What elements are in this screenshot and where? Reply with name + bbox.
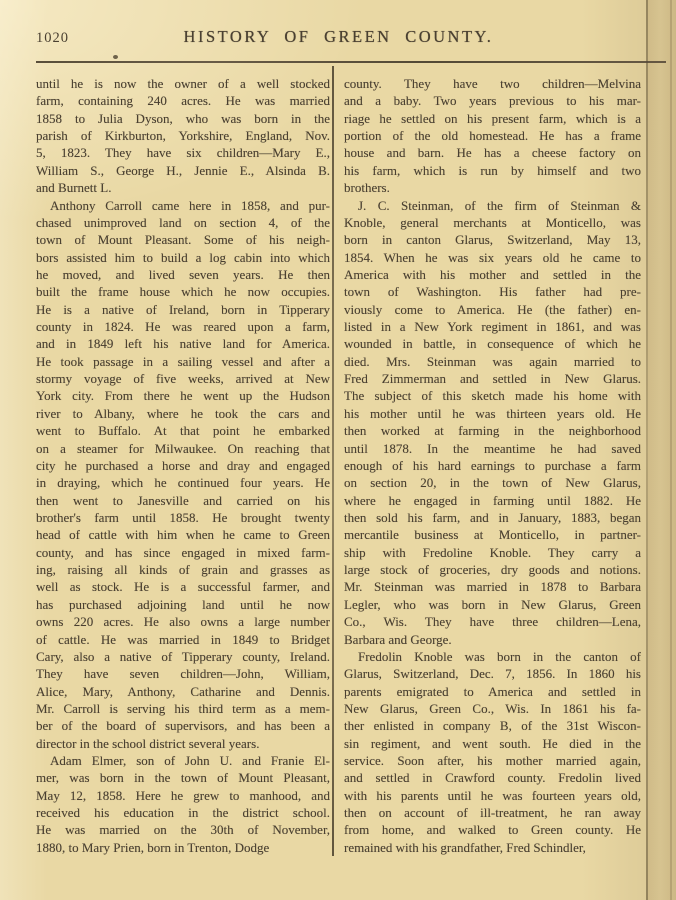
scanned-book-page: { "page": { "number": "1020", "title": "… (0, 0, 676, 900)
text-line: bors assisted him to build a log cabin i… (36, 249, 330, 266)
text-line: Anthony Carroll came here in 1858, and p… (36, 197, 330, 214)
text-line: and in 1849 left his native land for Ame… (36, 335, 330, 352)
text-line: until he is now the owner of a well stoc… (36, 75, 330, 92)
text-line: viously come to America. He (the father)… (344, 301, 641, 318)
text-line: his farm, which is run by himself and tw… (344, 162, 641, 179)
text-line: service. Soon after, his mother married … (344, 752, 641, 769)
text-line: on a steamer for Milwaukee. On reaching … (36, 440, 330, 457)
text-line: well as stock. He is a successful farmer… (36, 578, 330, 595)
text-line: Adam Elmer, son of John U. and Franie El… (36, 752, 330, 769)
text-line: brothers. (344, 179, 641, 196)
text-line: town of Washington. His father had pre- (344, 283, 641, 300)
text-line: May 12, 1858. Here he grew to manhood, a… (36, 787, 330, 804)
text-line: county. They have two children—Melvina (344, 75, 641, 92)
text-line: J. C. Steinman, of the firm of Steinman … (344, 197, 641, 214)
text-line: house and barn. He has a cheese factory … (344, 144, 641, 161)
page-edge-line (670, 0, 672, 900)
text-line: He was married on the 30th of November, (36, 821, 330, 838)
text-line: portion of the old homestead. He has a f… (344, 127, 641, 144)
text-line: Legler, who was born in New Glarus, Gree… (344, 596, 641, 613)
text-line: mer, was born in the town of Mount Pleas… (36, 769, 330, 786)
text-line: remained with his grandfather, Fred Schi… (344, 839, 641, 856)
text-line: stormy voyage of five weeks, arrived at … (36, 370, 330, 387)
text-line: He took passage in a sailing vessel and … (36, 353, 330, 370)
text-line: chased unimproved land on section 4, of … (36, 214, 330, 231)
text-line: then on account of ill-treatment, he ran… (344, 804, 641, 821)
text-line: mercantile business at Monticello, in pa… (344, 526, 641, 543)
text-line: Barbara and George. (344, 631, 641, 648)
text-line: until 1878. In the meantime he had saved (344, 440, 641, 457)
text-line: America with his mother and settled in t… (344, 266, 641, 283)
text-line: then went to Janesville and carried on h… (36, 492, 330, 509)
text-line: director in the school district several … (36, 735, 330, 752)
text-line: on section 20, in the town of New Glarus… (344, 474, 641, 491)
text-line: of cattle. He was married in 1849 to Bri… (36, 631, 330, 648)
text-line: Co., Wis. They have three children—Lena, (344, 613, 641, 630)
text-line: ber of the board of supervisors, and has… (36, 717, 330, 734)
left-column: until he is now the owner of a well stoc… (36, 75, 330, 856)
text-line: with his parents until he was fourteen y… (344, 787, 641, 804)
text-line: town of Mount Pleasant. Some of his neig… (36, 231, 330, 248)
text-line: then worked at farming in the neighborho… (344, 422, 641, 439)
ink-spot (113, 55, 118, 59)
text-line: built the frame house which he now occup… (36, 283, 330, 300)
text-line: died. Mrs. Steinman was again married to (344, 353, 641, 370)
text-line: William S., George H., Jennie E., Alsind… (36, 162, 330, 179)
page-title: HISTORY OF GREEN COUNTY. (36, 27, 641, 47)
text-line: river to Albany, where he took the cars … (36, 405, 330, 422)
text-line: in draying, which he continued four year… (36, 474, 330, 491)
text-line: 1880, to Mary Prien, born in Trenton, Do… (36, 839, 330, 856)
text-line: Mr. Steinman was married in 1878 to Barb… (344, 578, 641, 595)
text-line: farm, containing 240 acres. He was marri… (36, 92, 330, 109)
text-line: and settled in Crawford county. Fredolin… (344, 769, 641, 786)
text-line: York city. From there he went up the Hud… (36, 387, 330, 404)
text-line: enough of his hard earnings to purchase … (344, 457, 641, 474)
text-line: he moved, and lived seven years. He then (36, 266, 330, 283)
text-line: wounded in battle, in consequence of whi… (344, 335, 641, 352)
text-line: He is a native of Ireland, born in Tippe… (36, 301, 330, 318)
text-line: county, and has since engaged in mixed f… (36, 544, 330, 561)
text-line: listed in a New York regiment in 1861, a… (344, 318, 641, 335)
text-line: ther enlisted in company B, of the 31st … (344, 717, 641, 734)
text-line: Alice, Mary, Anthony, Catharine and Denn… (36, 683, 330, 700)
paragraph: county. They have two children—Melvinaan… (344, 75, 641, 197)
header-rule (36, 61, 666, 63)
paragraph: until he is now the owner of a well stoc… (36, 75, 330, 197)
text-line: brother's farm until 1858. He brought tw… (36, 509, 330, 526)
paragraph: J. C. Steinman, of the firm of Steinman … (344, 197, 641, 648)
text-line: county in 1824. He was reared upon a far… (36, 318, 330, 335)
paragraph: Anthony Carroll came here in 1858, and p… (36, 197, 330, 753)
text-line: his mother until he was thirteen years o… (344, 405, 641, 422)
text-line: Knoble, general merchants at Monticello,… (344, 214, 641, 231)
text-line: and Burnett L. (36, 179, 330, 196)
text-line: from home, and walked to Green county. H… (344, 821, 641, 838)
column-divider-rule (332, 66, 334, 856)
text-line: They have seven children—John, William, (36, 665, 330, 682)
text-line: 1858 to Julia Dyson, who was born in the (36, 110, 330, 127)
binding-gutter-line (646, 0, 648, 900)
text-line: 5, 1823. They have six children—Mary E., (36, 144, 330, 161)
text-columns: until he is now the owner of a well stoc… (36, 75, 641, 856)
text-line: 1854. When he was six years old he came … (344, 249, 641, 266)
text-line: then sold his farm, and in January, 1883… (344, 509, 641, 526)
paragraph: Adam Elmer, son of John U. and Franie El… (36, 752, 330, 856)
right-column: county. They have two children—Melvinaan… (344, 75, 641, 856)
text-line: and a baby. Two years previous to his ma… (344, 92, 641, 109)
text-line: has purchased adjoining land until he no… (36, 596, 330, 613)
text-line: where he engaged in farming until 1882. … (344, 492, 641, 509)
text-line: riage he settled on his present farm, wh… (344, 110, 641, 127)
text-line: Cary, also a native of Tipperary county,… (36, 648, 330, 665)
text-line: born in canton Glarus, Switzerland, May … (344, 231, 641, 248)
text-line: Fred Zimmerman and settled in New Glarus… (344, 370, 641, 387)
text-line: parish of Kirkburton, Yorkshire, England… (36, 127, 330, 144)
text-line: ing, raising all kinds of grain and gras… (36, 561, 330, 578)
text-line: sin regiment, and went south. He died in… (344, 735, 641, 752)
text-line: Fredolin Knoble was born in the canton o… (344, 648, 641, 665)
text-line: The subject of this sketch made his home… (344, 387, 641, 404)
text-line: large stock of groceries, dry goods and … (344, 561, 641, 578)
text-line: New Glarus, Green Co., Wis. In 1861 his … (344, 700, 641, 717)
text-line: parents emigrated to America and settled… (344, 683, 641, 700)
text-line: Glarus, Switzerland, Dec. 7, 1856. In 18… (344, 665, 641, 682)
text-line: went to Buffalo. At that point he embark… (36, 422, 330, 439)
text-line: Mr. Carroll is serving his third term as… (36, 700, 330, 717)
text-line: received his education in the district s… (36, 804, 330, 821)
text-line: ship with Fredoline Knoble. They carry a (344, 544, 641, 561)
text-line: head of cattle with him when he came to … (36, 526, 330, 543)
paragraph: Fredolin Knoble was born in the canton o… (344, 648, 641, 856)
text-line: owns 220 acres. He also owns a large num… (36, 613, 330, 630)
text-line: city he purchased a horse and dray and e… (36, 457, 330, 474)
